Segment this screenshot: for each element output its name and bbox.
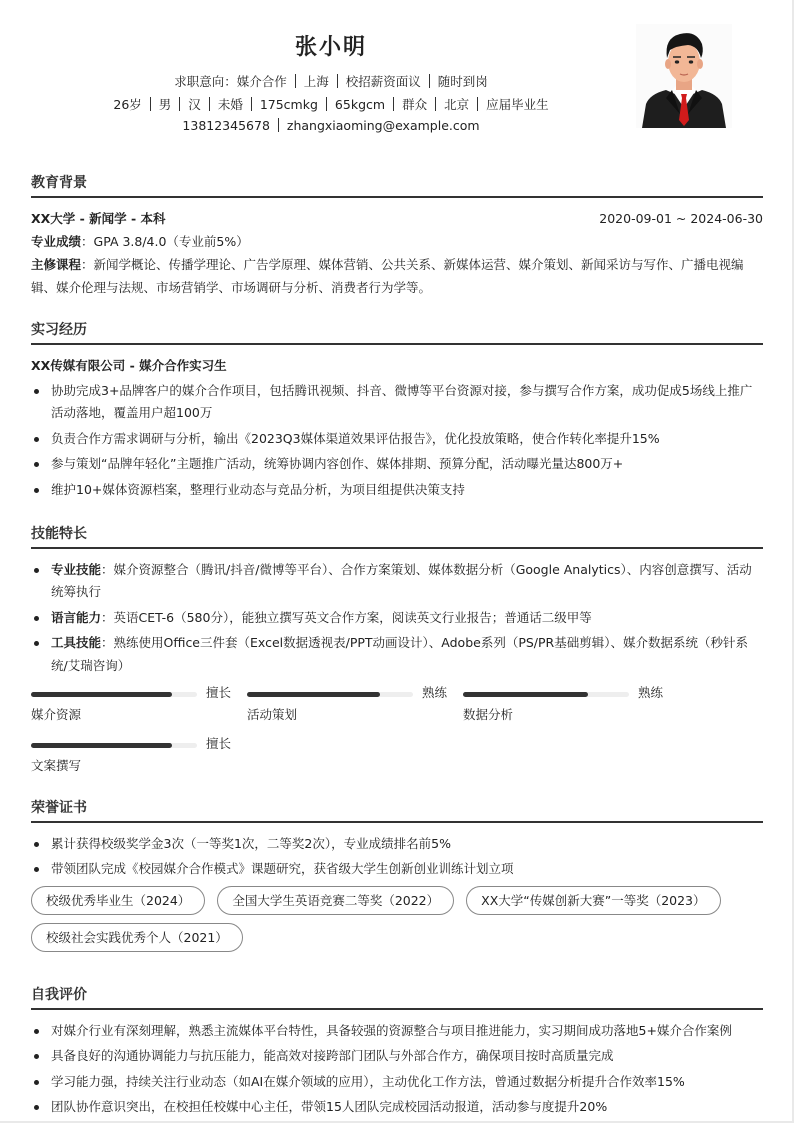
list-item: 维护10+媒体资源档案，整理行业动态与竞品分析，为项目组提供决策支持 xyxy=(31,479,763,502)
job-intention: 求职意向：媒介合作 xyxy=(166,72,295,90)
courses-label: 主修课程 xyxy=(31,257,81,272)
list-item: 团队协作意识突出，在校担任校媒中心主任，带领15人团队完成校园活动报道，活动参与… xyxy=(31,1096,763,1119)
marital-status: 未婚 xyxy=(210,95,251,113)
gpa-value: ：GPA 3.8/4.0（专业前5%） xyxy=(81,234,249,249)
education-date-range: 2020-09-01 ~ 2024-06-30 xyxy=(599,208,763,230)
self-evaluation-bullets: 对媒介行业有深刻理解，熟悉主流媒体平台特性，具备较强的资源整合与项目推进能力，实… xyxy=(31,1020,763,1119)
internship-bullets: 协助完成3+品牌客户的媒介合作项目，包括腾讯视频、抖音、微博等平台资源对接，参与… xyxy=(31,380,763,502)
list-item: 学习能力强，持续关注行业动态（如AI在媒介领域的应用），主动优化工作方法，曾通过… xyxy=(31,1071,763,1094)
courses-value: ：新闻学概论、传播学理论、广告学原理、媒体营销、公共关系、新媒体运营、媒介策划、… xyxy=(31,257,744,295)
list-item: 具备良好的沟通协调能力与抗压能力，能高效对接跨部门团队与外部合作方，确保项目按时… xyxy=(31,1045,763,1068)
skill-bar-track xyxy=(463,692,629,697)
contact-line: 13812345678zhangxiaoming@example.com xyxy=(0,118,662,133)
honors-section: 荣誉证书 累计获得校级奖学金3次（一等奖1次，二等奖2次），专业成绩排名前5% … xyxy=(31,797,763,952)
skill-bar-track xyxy=(31,692,197,697)
skill-label: 工具技能 xyxy=(51,635,101,650)
section-divider xyxy=(31,343,763,345)
email: zhangxiaoming@example.com xyxy=(279,118,488,133)
skill-name: 文案撰写 xyxy=(31,756,81,776)
skills-bullets: 专业技能：媒介资源整合（腾讯/抖音/微博等平台）、合作方案策划、媒体数据分析（G… xyxy=(31,559,763,678)
skill-level: 熟练 xyxy=(638,683,663,703)
personal-info-line: 26岁男汉未婚175cmkg65kgcm群众北京应届毕业生 xyxy=(0,95,662,113)
resume-page: 张小明 求职意向：媒介合作上海校招薪资面议随时到岗 26岁男汉未婚175cmkg… xyxy=(0,0,792,1121)
skill-bar-data-analysis: 熟练 数据分析 xyxy=(463,683,679,727)
list-item: 专业技能：媒介资源整合（腾讯/抖音/微博等平台）、合作方案策划、媒体数据分析（G… xyxy=(31,559,763,604)
section-title: 荣誉证书 xyxy=(31,797,763,821)
skill-bar-fill xyxy=(31,692,172,697)
honors-bullets: 累计获得校级奖学金3次（一等奖1次，二等奖2次），专业成绩排名前5% 带领团队完… xyxy=(31,833,763,881)
list-item: 参与策划“品牌年轻化”主题推广活动，统筹协调内容创作、媒体排期、预算分配，活动曝… xyxy=(31,453,763,476)
skill-bar-media-resources: 擅长 媒介资源 xyxy=(31,683,247,727)
salary: 校招薪资面议 xyxy=(338,72,429,90)
availability: 随时到岗 xyxy=(430,72,496,90)
section-divider xyxy=(31,1008,763,1010)
skill-level: 擅长 xyxy=(206,734,231,754)
resume-header: 张小明 求职意向：媒介合作上海校招薪资面议随时到岗 26岁男汉未婚175cmkg… xyxy=(0,0,792,150)
section-divider xyxy=(31,196,763,198)
list-item: 语言能力：英语CET-6（580分），能独立撰写英文合作方案，阅读英文行业报告；… xyxy=(31,607,763,630)
political-status: 群众 xyxy=(394,95,435,113)
school-major-degree: XX大学 - 新闻学 - 本科 xyxy=(31,208,166,230)
skill-label: 专业技能 xyxy=(51,562,101,577)
skill-level: 熟练 xyxy=(422,683,447,703)
gpa-line: 专业成绩：GPA 3.8/4.0（专业前5%） xyxy=(31,230,763,253)
ethnicity: 汉 xyxy=(180,95,209,113)
skill-bar-copywriting: 擅长 文案撰写 xyxy=(31,734,247,778)
award-tags: 校级优秀毕业生（2024） 全国大学生英语竞赛二等奖（2022） XX大学“传媒… xyxy=(31,886,763,952)
courses-line: 主修课程：新闻学概论、传播学理论、广告学原理、媒体营销、公共关系、新媒体运营、媒… xyxy=(31,253,763,299)
skill-bar-fill xyxy=(463,692,588,697)
skill-name: 活动策划 xyxy=(247,705,297,725)
phone: 13812345678 xyxy=(174,118,277,133)
company-position: XX传媒有限公司 - 媒介合作实习生 xyxy=(31,355,227,377)
award-tag: 校级优秀毕业生（2024） xyxy=(31,886,205,915)
skill-text: ：熟练使用Office三件套（Excel数据透视表/PPT动画设计）、Adobe… xyxy=(51,635,748,673)
section-title: 实习经历 xyxy=(31,319,763,343)
section-divider xyxy=(31,821,763,823)
skill-bars: 擅长 媒介资源 熟练 活动策划 熟练 数据分析 擅长 文案撰写 xyxy=(31,683,763,783)
section-title: 自我评价 xyxy=(31,984,763,1008)
list-item: 对媒介行业有深刻理解，熟悉主流媒体平台特性，具备较强的资源整合与项目推进能力，实… xyxy=(31,1020,763,1043)
list-item: 累计获得校级奖学金3次（一等奖1次，二等奖2次），专业成绩排名前5% xyxy=(31,833,763,856)
graduate-status: 应届毕业生 xyxy=(478,95,557,113)
skill-text: ：媒介资源整合（腾讯/抖音/微博等平台）、合作方案策划、媒体数据分析（Googl… xyxy=(51,562,752,600)
weight: 65kgcm xyxy=(327,97,393,112)
list-item: 工具技能：熟练使用Office三件套（Excel数据透视表/PPT动画设计）、A… xyxy=(31,632,763,677)
award-tag: 校级社会实践优秀个人（2021） xyxy=(31,923,243,952)
award-tag: XX大学“传媒创新大赛”一等奖（2023） xyxy=(466,886,720,915)
section-divider xyxy=(31,547,763,549)
skill-level: 擅长 xyxy=(206,683,231,703)
education-entry-header: XX大学 - 新闻学 - 本科 2020-09-01 ~ 2024-06-30 xyxy=(31,208,763,230)
skill-bar-event-planning: 熟练 活动策划 xyxy=(247,683,463,727)
skill-bar-fill xyxy=(31,743,172,748)
candidate-name: 张小明 xyxy=(0,30,662,61)
skill-bar-track xyxy=(31,743,197,748)
skill-name: 数据分析 xyxy=(463,705,513,725)
award-tag: 全国大学生英语竞赛二等奖（2022） xyxy=(217,886,454,915)
internship-section: 实习经历 XX传媒有限公司 - 媒介合作实习生 协助完成3+品牌客户的媒介合作项… xyxy=(31,319,763,504)
education-section: 教育背景 XX大学 - 新闻学 - 本科 2020-09-01 ~ 2024-0… xyxy=(31,172,763,299)
skill-bar-track xyxy=(247,692,413,697)
list-item: 负责合作方需求调研与分析，输出《2023Q3媒体渠道效果评估报告》，优化投放策略… xyxy=(31,428,763,451)
hometown: 北京 xyxy=(436,95,477,113)
skill-text: ：英语CET-6（580分），能独立撰写英文合作方案，阅读英文行业报告；普通话二… xyxy=(101,610,592,625)
skill-name: 媒介资源 xyxy=(31,705,81,725)
skills-section: 技能特长 专业技能：媒介资源整合（腾讯/抖音/微博等平台）、合作方案策划、媒体数… xyxy=(31,523,763,783)
list-item: 带领团队完成《校园媒介合作模式》课题研究，获省级大学生创新创业训练计划立项 xyxy=(31,858,763,881)
avatar-portrait-icon xyxy=(636,24,732,128)
age: 26岁 xyxy=(105,95,149,113)
internship-entry-header: XX传媒有限公司 - 媒介合作实习生 xyxy=(31,355,763,377)
avatar xyxy=(636,24,732,128)
list-item: 协助完成3+品牌客户的媒介合作项目，包括腾讯视频、抖音、微博等平台资源对接，参与… xyxy=(31,380,763,425)
gender: 男 xyxy=(151,95,180,113)
gpa-label: 专业成绩 xyxy=(31,234,81,249)
section-title: 教育背景 xyxy=(31,172,763,196)
skill-bar-fill xyxy=(247,692,380,697)
location: 上海 xyxy=(296,72,337,90)
skill-label: 语言能力 xyxy=(51,610,101,625)
section-title: 技能特长 xyxy=(31,523,763,547)
height: 175cmkg xyxy=(252,97,326,112)
self-evaluation-section: 自我评价 对媒介行业有深刻理解，熟悉主流媒体平台特性，具备较强的资源整合与项目推… xyxy=(31,984,763,1121)
job-intention-line: 求职意向：媒介合作上海校招薪资面议随时到岗 xyxy=(0,72,662,90)
